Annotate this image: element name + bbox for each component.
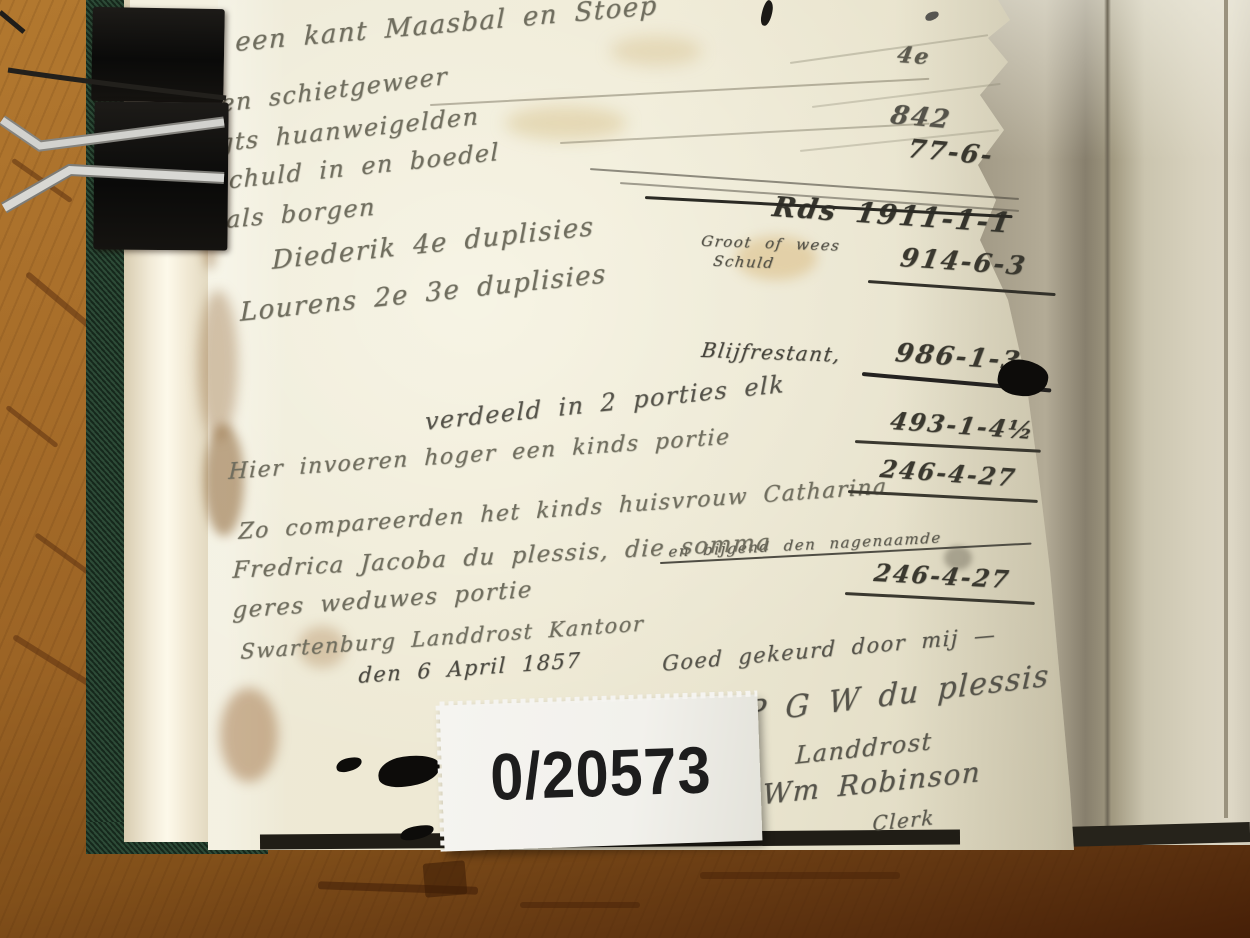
page-crease [1104, 0, 1111, 835]
handwriting-side-note: Schuld [712, 252, 776, 272]
archive-label-number: 0/20573 [489, 731, 713, 815]
stain [220, 688, 278, 782]
binder-clip-top [91, 7, 225, 103]
stain [610, 36, 702, 66]
page-edge-line [1224, 0, 1228, 818]
wood-grain-streak [520, 902, 640, 908]
stain [198, 290, 238, 440]
archive-label: 0/20573 [440, 694, 763, 851]
handwriting-side-note: Blijfrestant, [700, 338, 843, 367]
wood-grain-streak [423, 860, 468, 898]
wood-grain-streak [700, 872, 900, 879]
photo-of-handwritten-ledger: een kant Maasbal en Stoep een schietgewe… [0, 0, 1250, 938]
amount-value: 4e [895, 42, 933, 70]
amount-value: 842 [888, 100, 954, 135]
stain [505, 106, 627, 140]
binder-clip-bottom [93, 101, 228, 250]
